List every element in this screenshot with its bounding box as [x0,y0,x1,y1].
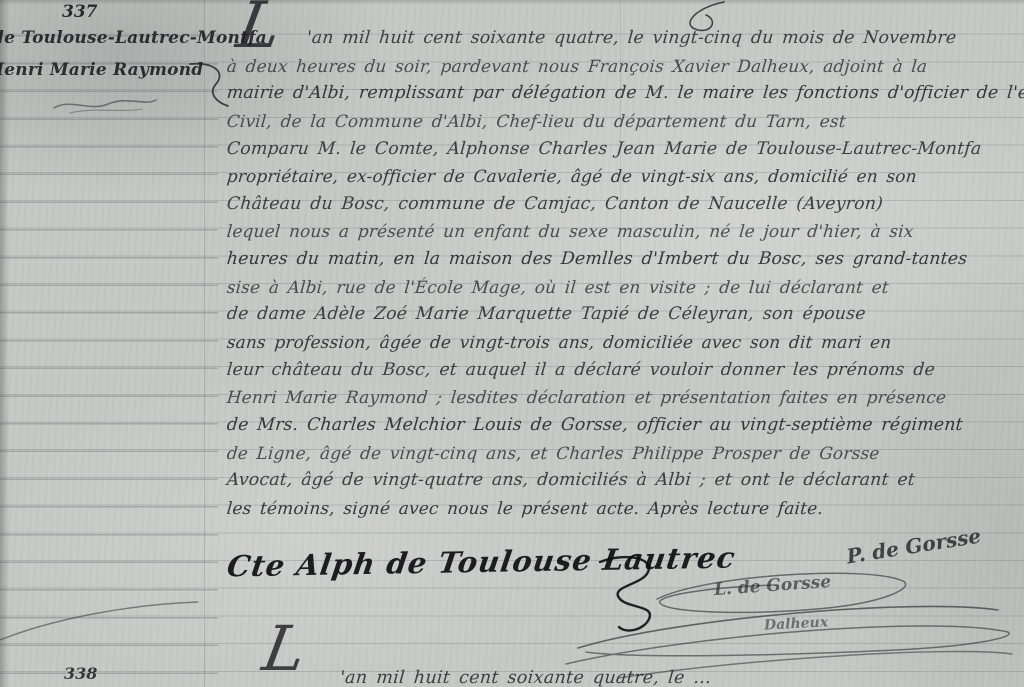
act-line: lequel nous a présenté un enfant du sexe… [226,218,1008,246]
next-act-number: 338 [64,664,97,683]
margin-given-names: Henri Marie Raymond [0,60,203,80]
act-line: leur château du Bosc, et auquel il a déc… [226,357,1008,385]
act-line: heures du matin, en la maison des Demlle… [226,246,1008,274]
bottom-left-swash-icon [0,598,200,644]
act-line: Château du Bosc, commune de Camjac, Cant… [226,191,1008,219]
act-number: 337 [62,2,98,22]
witness-signature-p-de-gorsse: P. de Gorsse [845,524,983,569]
act-line: les témoins, signé avec nous le présent … [226,495,1008,523]
act-line: 'an mil huit cent soixante quatre, le vi… [226,25,1008,53]
act-body: 'an mil huit cent soixante quatre, le vi… [228,25,1008,523]
paraph-flourish-icon [50,92,160,116]
act-line: Civil, de la Commune d'Albi, Chef-lieu d… [226,108,1008,136]
act-line: sans profession, âgée de vingt-trois ans… [226,329,1008,357]
act-line: sise à Albi, rue de l'École Mage, où il … [226,274,1008,302]
act-line: à deux heures du soir, pardevant nous Fr… [226,53,1008,81]
margin-bracket-flourish-icon [186,58,230,110]
act-line: propriétaire, ex-officier de Cavalerie, … [226,163,1008,191]
next-act-drop-initial: L [259,618,311,680]
act-line: mairie d'Albi, remplissant par délégatio… [226,80,1008,108]
act-line: Henri Marie Raymond ; lesdites déclarati… [226,384,1008,412]
next-act-partial-line: 'an mil huit cent soixante quatre, le … [339,668,712,687]
act-line: de Ligne, âgé de vingt-cinq ans, et Char… [226,440,1008,468]
act-line: de Mrs. Charles Melchior Louis de Gorsse… [226,412,1008,440]
register-page-scan: 337 de Toulouse-Lautrec-Montfa Henri Mar… [0,0,1024,687]
act-line: de dame Adèle Zoé Marie Marquette Tapié … [226,301,1008,329]
act-line: Comparu M. le Comte, Alphonse Charles Je… [226,136,1008,164]
act-line: Avocat, âgé de vingt-quatre ans, domicil… [226,467,1008,495]
